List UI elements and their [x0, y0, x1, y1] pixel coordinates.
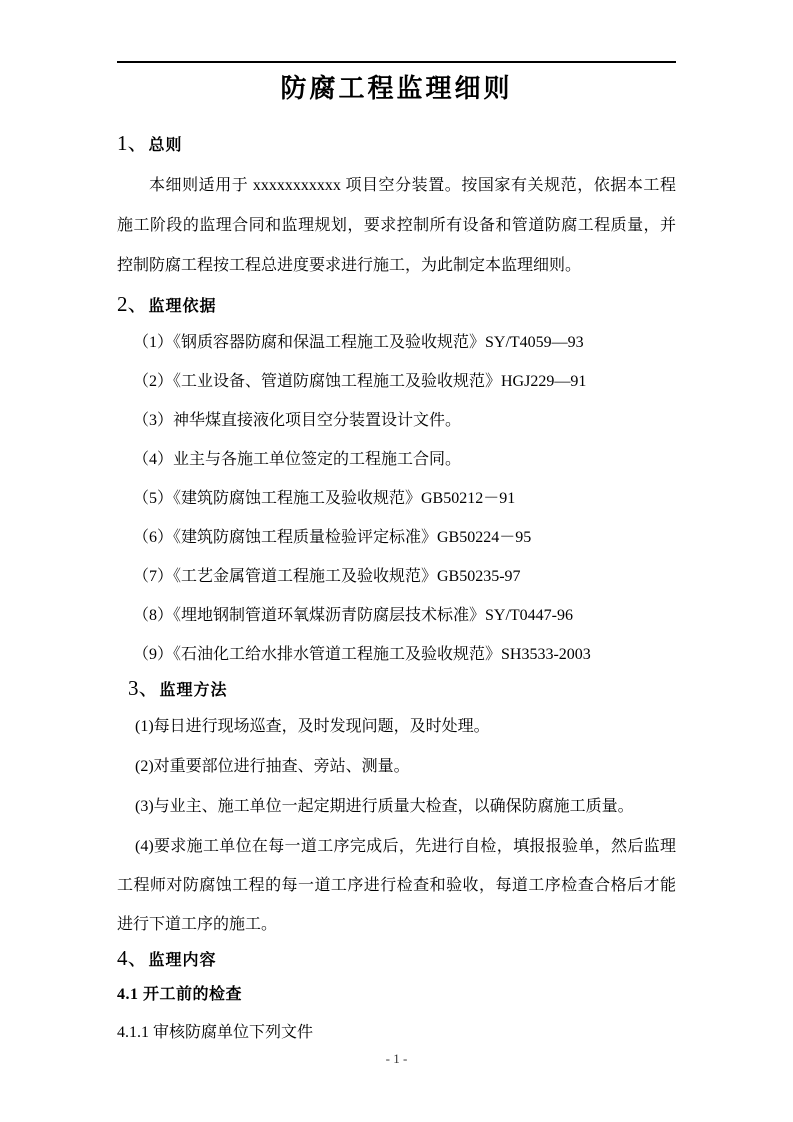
list-item: （8）《埋地钢制管道环氧煤沥青防腐层技术标准》SY/T0447-96	[117, 596, 676, 635]
section-4-heading: 4、监理内容	[117, 944, 676, 975]
section-2-title: 监理依据	[149, 298, 217, 315]
list-item-wrapped: (4)要求施工单位在每一道工序完成后，先进行自检，填报报验单，然后监理工程师对防…	[117, 827, 676, 944]
section-4-title: 监理内容	[149, 952, 217, 969]
section-3-heading: 3、监理方法	[117, 674, 676, 705]
section-1-title: 总则	[149, 137, 183, 154]
section-1-number: 1、	[117, 131, 149, 155]
list-item: (1)每日进行现场巡查，及时发现问题，及时处理。	[117, 707, 676, 747]
list-item: (2)对重要部位进行抽查、旁站、测量。	[117, 747, 676, 787]
header-rule	[117, 61, 676, 63]
document-title: 防腐工程监理细则	[117, 73, 676, 105]
list-item: （2）《工业设备、管道防腐蚀工程施工及验收规范》HGJ229—91	[117, 362, 676, 401]
section-4-number: 4、	[117, 946, 149, 970]
section-3-list: (1)每日进行现场巡查，及时发现问题，及时处理。 (2)对重要部位进行抽查、旁站…	[117, 707, 676, 944]
list-item: （7）《工艺金属管道工程施工及验收规范》GB50235-97	[117, 557, 676, 596]
section-1-heading: 1、总则	[117, 129, 676, 160]
subsection-4-1-heading: 4.1 开工前的检查	[117, 983, 676, 1007]
section-3-number: 3、	[128, 676, 160, 700]
section-2-heading: 2、监理依据	[117, 290, 676, 321]
subsection-4-1-1-heading: 4.1.1 审核防腐单位下列文件	[117, 1021, 676, 1045]
list-item: （4）业主与各施工单位签定的工程施工合同。	[117, 440, 676, 479]
list-item: （1）《钢质容器防腐和保温工程施工及验收规范》SY/T4059—93	[117, 323, 676, 362]
list-item: （3）神华煤直接液化项目空分装置设计文件。	[117, 401, 676, 440]
document-page: 防腐工程监理细则 1、总则 本细则适用于 xxxxxxxxxxx 项目空分装置。…	[0, 0, 793, 1122]
section-3-title: 监理方法	[160, 682, 228, 699]
list-item: （5）《建筑防腐蚀工程施工及验收规范》GB50212－91	[117, 479, 676, 518]
section-2-list: （1）《钢质容器防腐和保温工程施工及验收规范》SY/T4059—93 （2）《工…	[117, 323, 676, 674]
section-1-paragraph: 本细则适用于 xxxxxxxxxxx 项目空分装置。按国家有关规范，依据本工程施…	[117, 166, 676, 286]
page-number: - 1 -	[0, 1051, 793, 1067]
list-item: (3)与业主、施工单位一起定期进行质量大检查，以确保防腐施工质量。	[117, 787, 676, 827]
list-item: （9）《石油化工给水排水管道工程施工及验收规范》SH3533-2003	[117, 635, 676, 674]
page-content: 防腐工程监理细则 1、总则 本细则适用于 xxxxxxxxxxx 项目空分装置。…	[117, 0, 676, 1045]
list-item: （6）《建筑防腐蚀工程质量检验评定标准》GB50224－95	[117, 518, 676, 557]
section-2-number: 2、	[117, 292, 149, 316]
